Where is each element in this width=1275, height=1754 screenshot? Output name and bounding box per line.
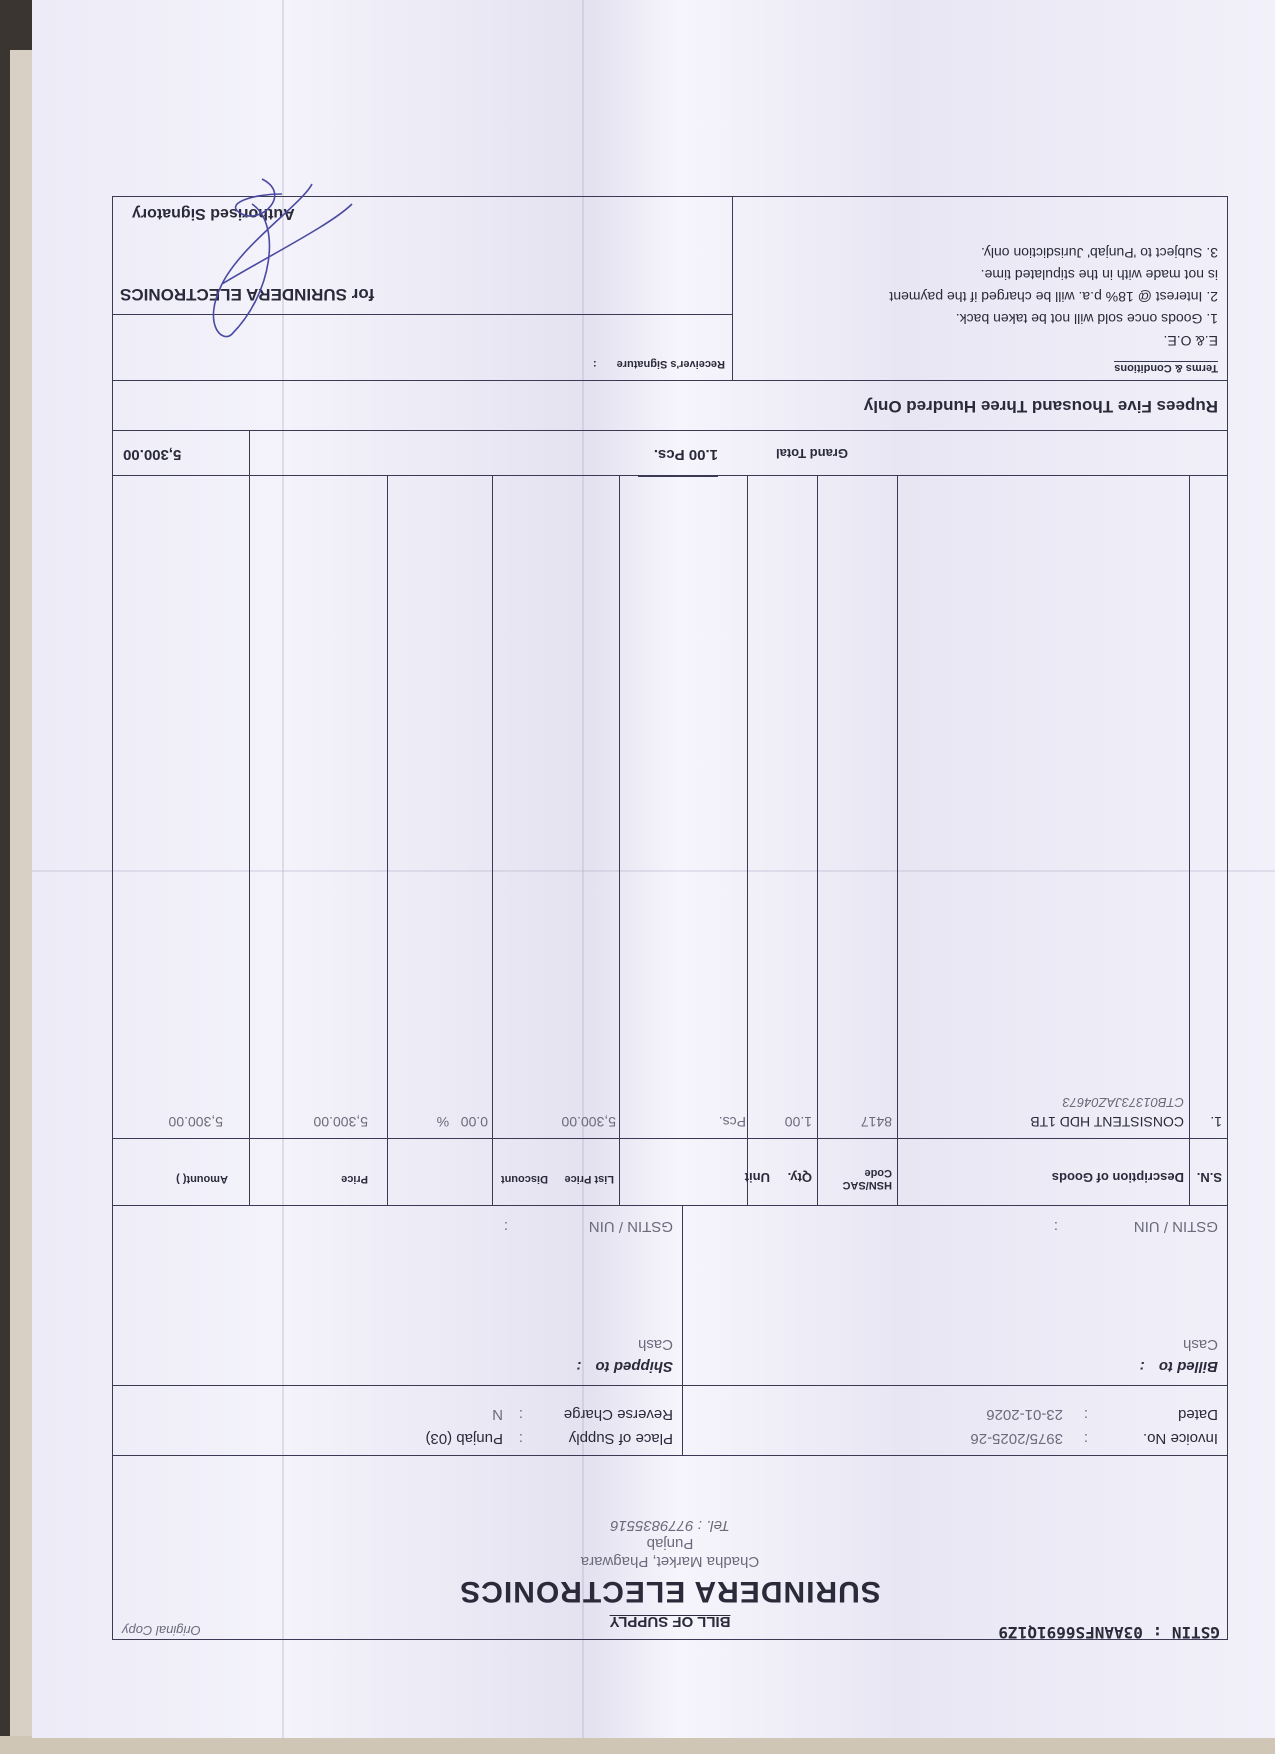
shipped-gstin-label: GSTIN / UIN: [589, 1218, 673, 1235]
billed-to-name: Cash: [1183, 1336, 1218, 1353]
terms-list: E.& O.E.1. Goods once sold will not be t…: [889, 242, 1218, 352]
terms-item: E.& O.E.: [889, 330, 1218, 352]
terms-title: Terms & Conditions: [1114, 361, 1218, 374]
column-divider: [249, 476, 250, 1138]
column-divider: [817, 1139, 818, 1205]
company-signature-box: for SURINDERA ELECTRONICS Authorised Sig…: [112, 195, 733, 315]
column-header: Unit: [745, 1170, 770, 1185]
column-header: S.N.: [1197, 1170, 1222, 1185]
row-discount: 0.00 %: [437, 1114, 488, 1130]
terms-item: 2. Interest @ 18% p.a. will be charged i…: [889, 286, 1218, 308]
qty-total-rule: [638, 476, 718, 477]
invoice-no-label: Invoice No.: [1143, 1430, 1218, 1447]
table-body: 1.CONSISTENT HDD 1TB84171.00Pcs.5,300.00…: [112, 475, 1228, 1138]
reverse-charge: N: [492, 1406, 503, 1423]
separator: :: [504, 1218, 508, 1235]
column-divider: [682, 1206, 683, 1385]
column-divider: [747, 476, 748, 1138]
column-divider: [897, 1139, 898, 1205]
row-price: 5,300.00: [314, 1114, 369, 1130]
row-list-price: 5,300.00: [562, 1114, 617, 1130]
row-serial-number: CTB01373JAZ04673: [1063, 1095, 1184, 1110]
column-header: Description of Goods: [1052, 1170, 1184, 1185]
total-quantity: 1.00 Pcs.: [654, 446, 718, 463]
column-divider: [897, 476, 898, 1138]
grand-total-label: Grand Total: [776, 446, 848, 461]
billed-gstin-label: GSTIN / UIN: [1134, 1218, 1218, 1235]
invoice-number: 3975/2025-26: [970, 1430, 1063, 1447]
column-divider: [817, 476, 818, 1138]
separator: :: [519, 1430, 523, 1447]
reverse-charge-label: Reverse Charge: [564, 1406, 673, 1423]
terms-item: 3. Subject to 'Punjab' Jurisdiction only…: [889, 242, 1218, 264]
invoice-info-row: Invoice No. : 3975/2025-26 Dated : 23-01…: [112, 1385, 1228, 1455]
billed-to-label: Billed to :: [1140, 1358, 1218, 1375]
receiver-signature-label: Receiver's Signature:: [593, 358, 725, 370]
grand-total-amount: 5,300.00: [123, 446, 243, 463]
column-header: List Price: [564, 1173, 614, 1185]
table-header: S.N.Description of GoodsHSN/SAC CodeQty.…: [112, 1138, 1228, 1205]
column-header: Qty.: [788, 1170, 812, 1185]
column-divider: [249, 431, 250, 475]
column-divider: [619, 1139, 620, 1205]
shipped-to-name: Cash: [638, 1336, 673, 1353]
header-section: [112, 1455, 1228, 1640]
row-description: CONSISTENT HDD 1TB: [1030, 1114, 1184, 1130]
footer-section: Terms & Conditions E.& O.E.1. Goods once…: [112, 196, 1228, 380]
amount-in-words: Rupees Five Thousand Three Hundred Only: [864, 396, 1218, 416]
separator: :: [1054, 1218, 1058, 1235]
dated-label: Dated: [1178, 1406, 1218, 1423]
table-surface: [0, 1736, 1275, 1754]
column-header: HSN/SAC Code: [822, 1167, 892, 1191]
separator: :: [519, 1406, 523, 1423]
place-of-supply-label: Place of Supply: [569, 1430, 673, 1447]
column-divider: [1189, 1139, 1190, 1205]
column-header: Amount( ): [176, 1173, 228, 1185]
signature-scribble-icon: [172, 164, 372, 354]
column-divider: [387, 476, 388, 1138]
row-unit: Pcs.: [719, 1114, 746, 1130]
column-divider: [387, 1139, 388, 1205]
row-amount: 5,300.00: [169, 1114, 224, 1130]
column-divider: [1189, 476, 1190, 1138]
place-of-supply: Punjab (03): [425, 1430, 503, 1447]
amount-in-words-row: Rupees Five Thousand Three Hundred Only: [112, 380, 1228, 430]
shipped-to-label: Shipped to :: [576, 1358, 673, 1375]
row-qty: 1.00: [785, 1114, 812, 1130]
grand-total-row: Grand Total 1.00 Pcs. 5,300.00: [112, 430, 1228, 475]
separator: :: [1084, 1430, 1088, 1447]
terms-item: 1. Goods once sold will not be taken bac…: [889, 308, 1218, 330]
column-header: Price: [341, 1173, 368, 1185]
separator: :: [1084, 1406, 1088, 1423]
column-divider: [492, 1139, 493, 1205]
bill-of-supply: GSTIN : 03AANFS6691Q1Z9 Original Copy BI…: [112, 196, 1228, 1640]
row-sn: 1.: [1210, 1114, 1222, 1130]
column-header: Discount: [501, 1173, 548, 1185]
column-divider: [619, 476, 620, 1138]
column-divider: [492, 476, 493, 1138]
terms-item: is not made with in the stipulated time.: [889, 264, 1218, 286]
row-hsn: 8417: [861, 1114, 892, 1130]
invoice-date: 23-01-2026: [986, 1406, 1063, 1423]
parties-row: Billed to : Cash GSTIN / UIN : Shipped t…: [112, 1205, 1228, 1385]
column-divider: [249, 1139, 250, 1205]
column-divider: [682, 1386, 683, 1455]
